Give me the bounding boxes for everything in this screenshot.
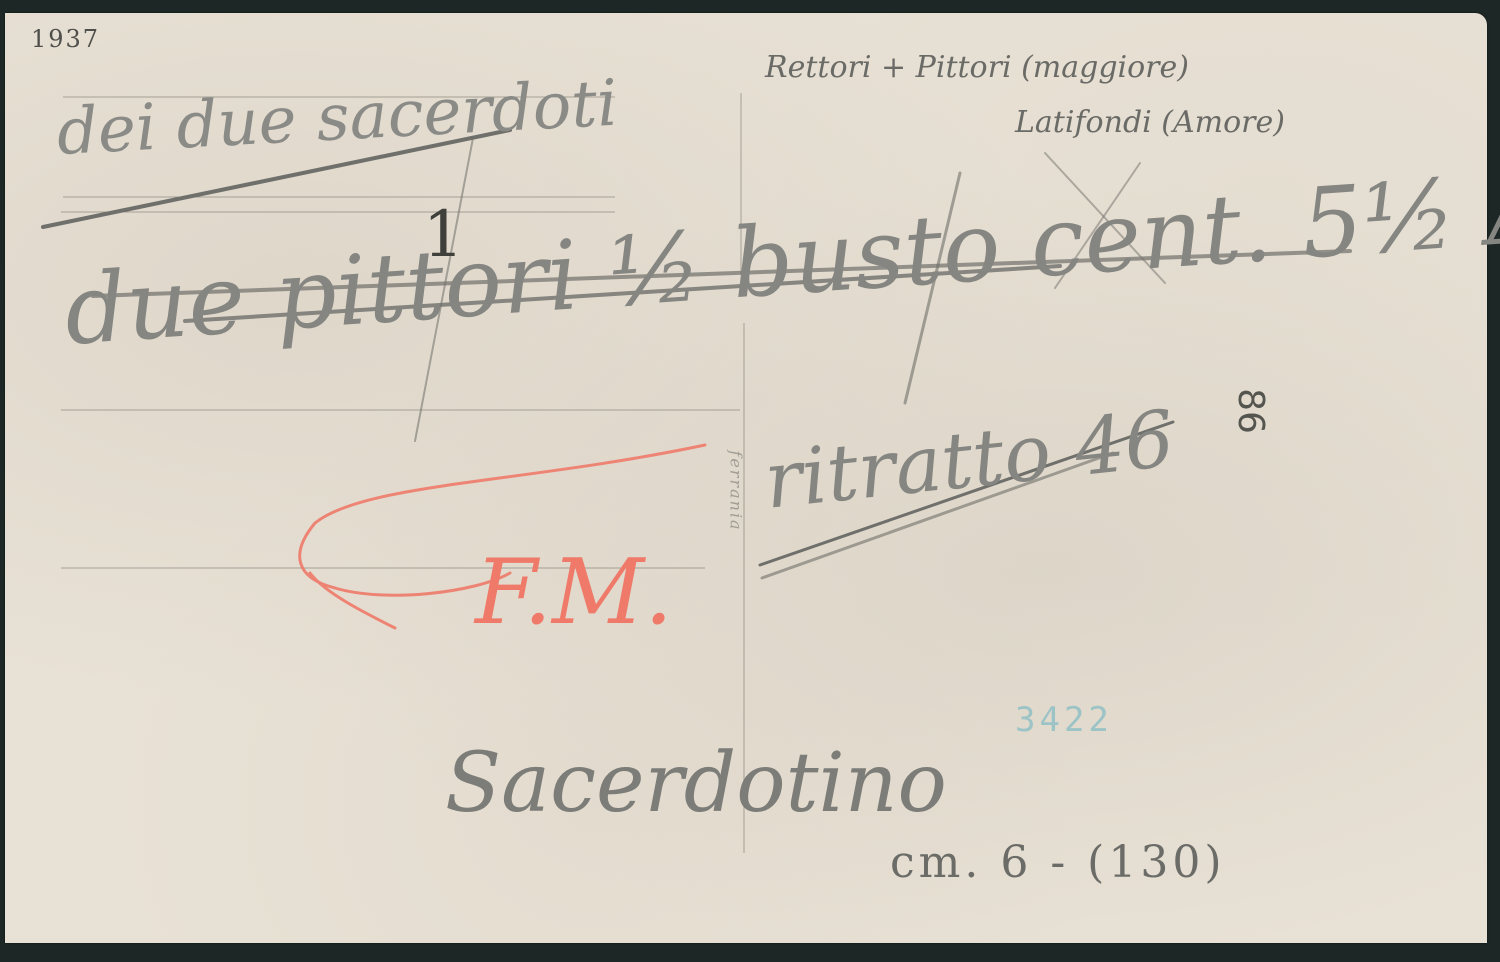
rotated-inventory-number: 86 [1232,388,1268,434]
red-crayon-initials: F.M. [475,548,673,638]
subject-note-line-1: Rettori + Pittori (maggiore) [765,53,1189,83]
photo-card-verso: 1937 Rettori + Pittori (maggiore) Latifo… [5,13,1487,943]
year-note: 1937 [31,27,100,51]
signature: Sacerdotino [445,743,947,825]
dimensions-note: cm. 6 - (130) [890,841,1226,885]
blue-ink-stamp-number: 3422 [1015,703,1113,737]
subject-note-line-2: Latifondi (Amore) [1015,108,1285,138]
printer-mark: ferrania [728,450,744,531]
